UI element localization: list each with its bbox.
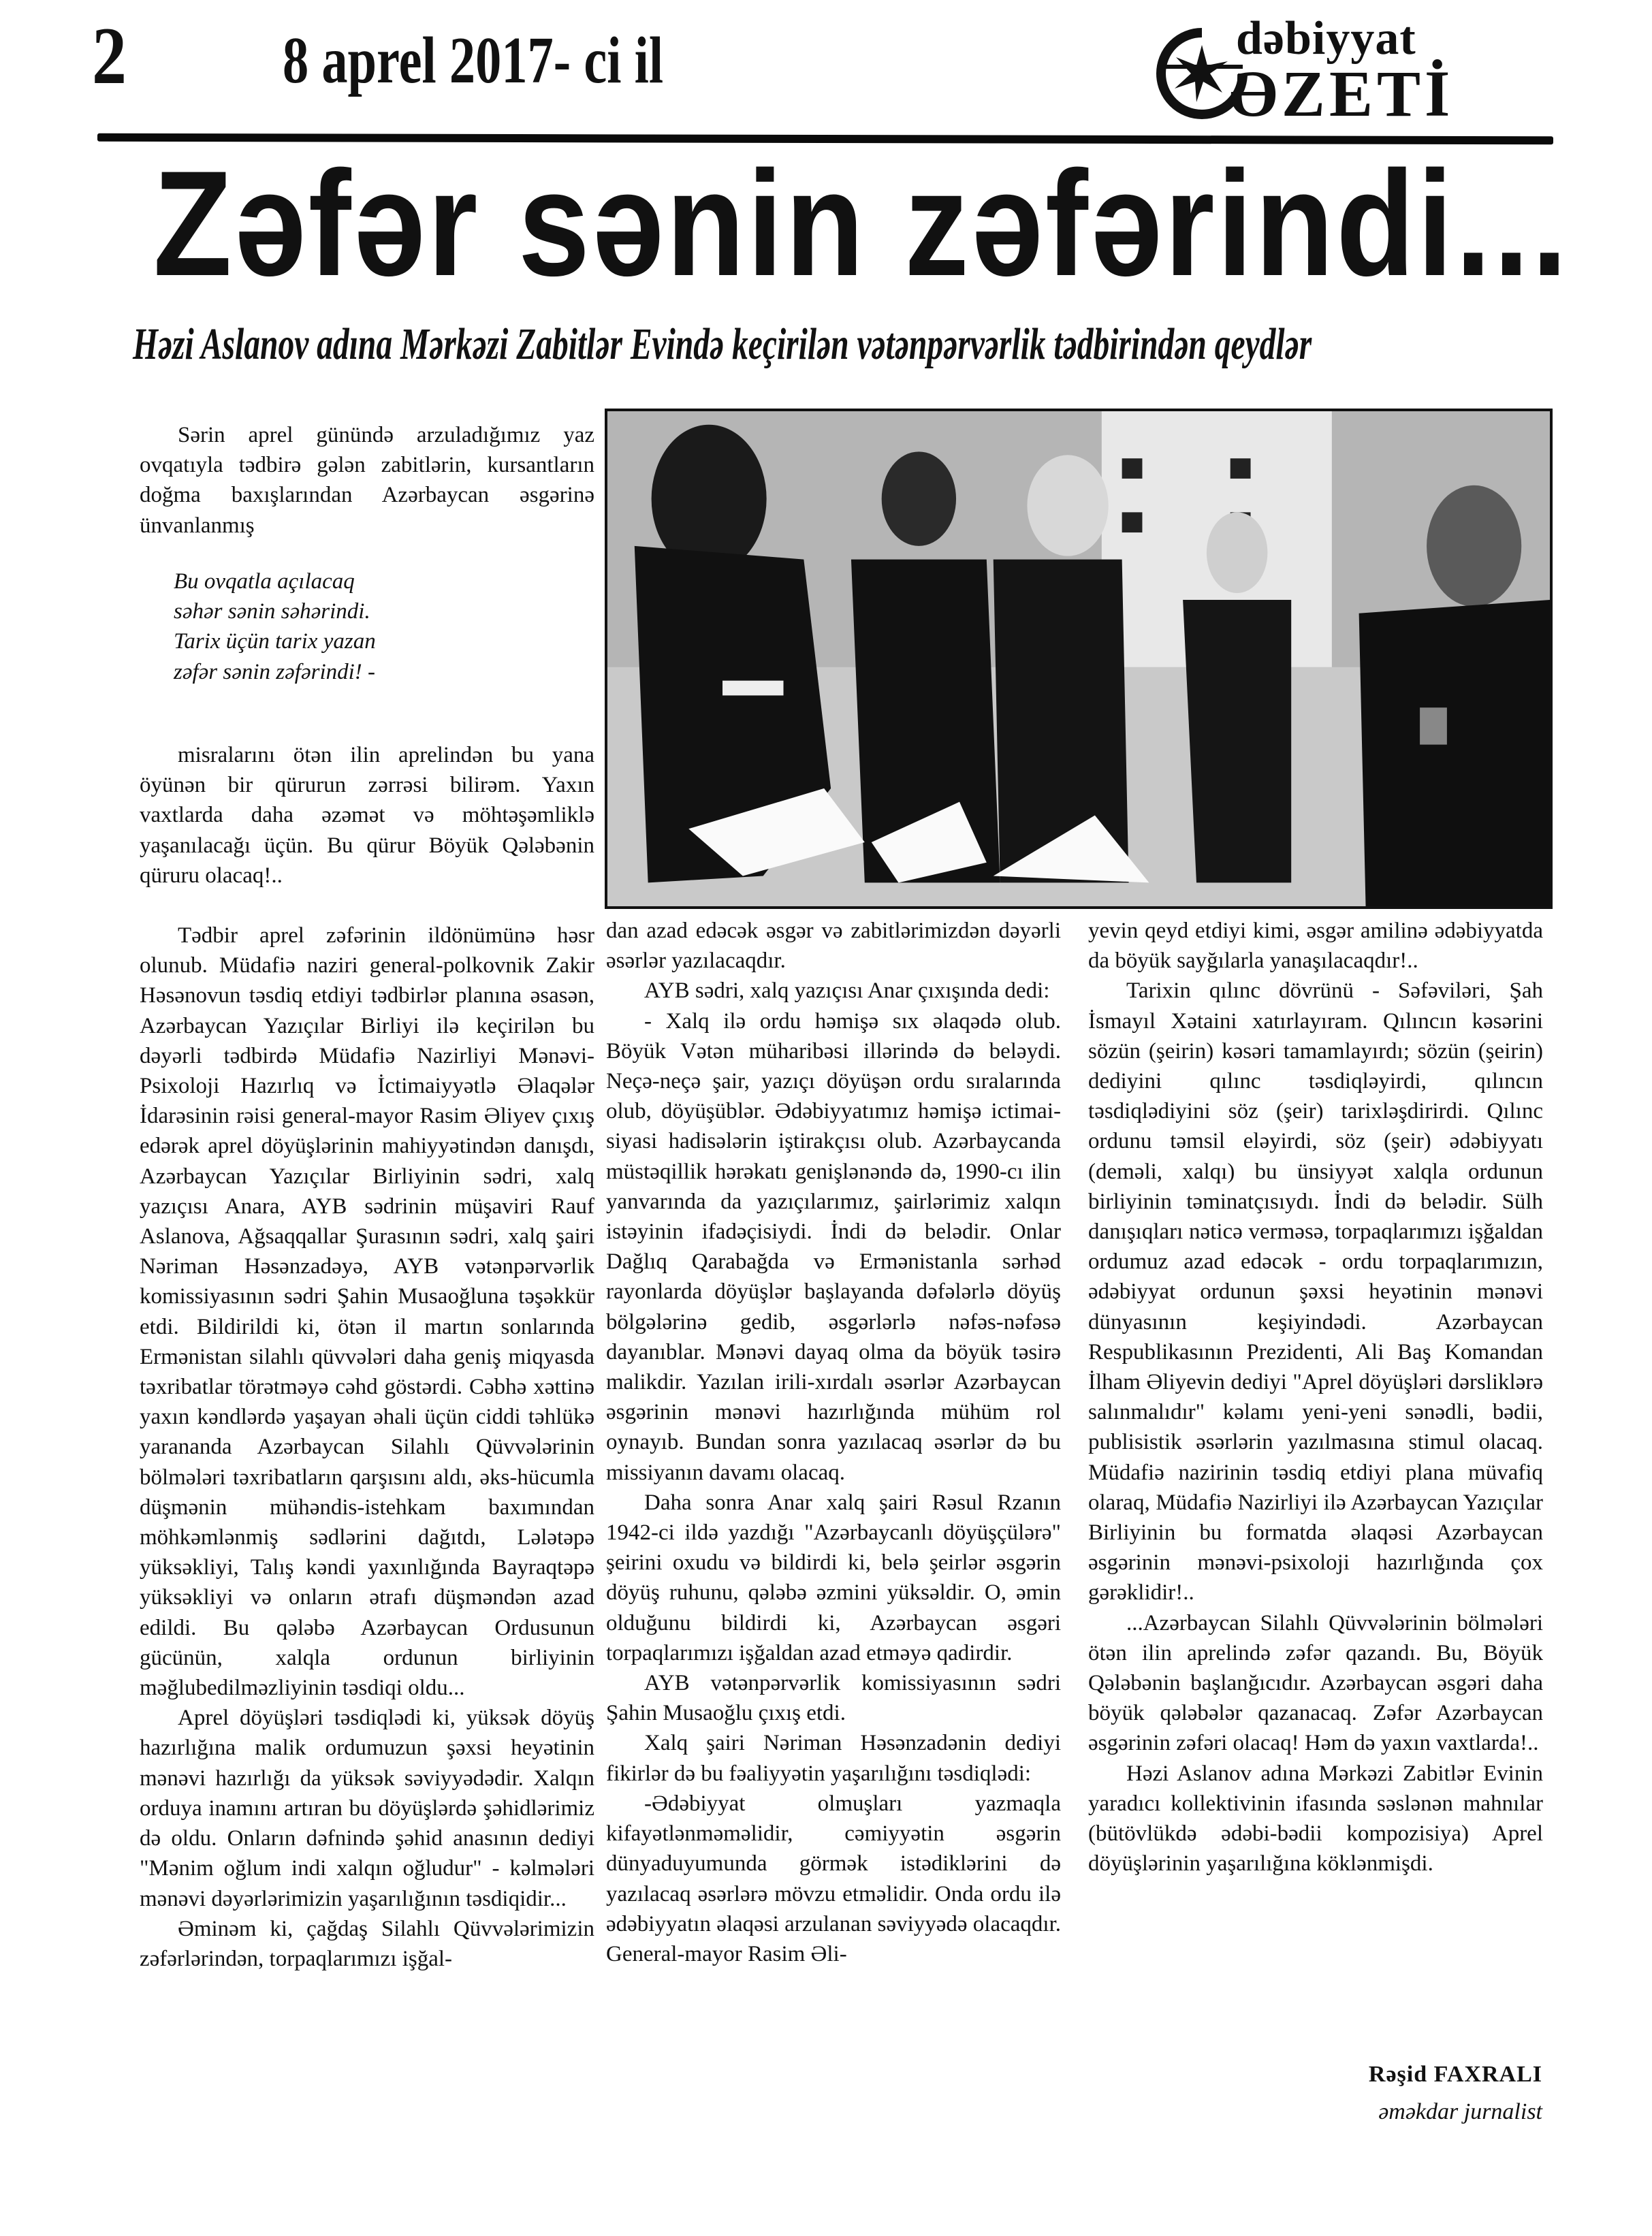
paragraph: Daha sonra Anar xalq şairi Rəsul Rzanın …: [606, 1488, 1061, 1668]
paragraph: Tarixin qılınc dövrünü - Səfəviləri, Şah…: [1088, 976, 1543, 1608]
intro-continued-paragraph: misralarını ötən ilin aprelindən bu yana…: [140, 740, 594, 891]
paragraph: -Ədəbiyyat olmuşları yazmaqla kifayətlən…: [606, 1789, 1061, 1969]
paragraph: AYB vətənpərvərlik komissiyasının sədri …: [606, 1668, 1061, 1728]
photo-image: [607, 411, 1550, 906]
paragraph: Əminəm ki, çağdaş Silahlı Qüvvələrimizin…: [140, 1914, 594, 1974]
masthead-word-qezeti: ƏZETİ: [1229, 61, 1454, 127]
paragraph: Xalq şairi Nəriman Həsənzadənin dediyi f…: [606, 1728, 1061, 1788]
paragraph: yevin qeyd etdiyi kimi, əsgər amilinə əd…: [1088, 916, 1543, 976]
middle-column: dan azad edəcək əsgər və zabitlərimizdən…: [606, 916, 1061, 1969]
left-column: Tədbir aprel zəfərinin ildönümünə həsr o…: [140, 921, 594, 1974]
paragraph: ...Azərbaycan Silahlı Qüvvələrinin bölmə…: [1088, 1608, 1543, 1759]
paragraph: Tədbir aprel zəfərinin ildönümünə həsr o…: [140, 921, 594, 1703]
issue-date: 8 aprel 2017- ci il: [283, 27, 663, 94]
poem-line: Bu ovqatla açılacaq: [174, 566, 514, 596]
paragraph: Aprel döyüşləri təsdiqlədi ki, yüksək dö…: [140, 1703, 594, 1913]
author-title: əməkdar jurnalist: [1294, 2101, 1542, 2124]
intro-text: Sərin aprel günündə arzuladığımız yaz ov…: [140, 420, 594, 541]
page-number: 2: [92, 15, 127, 97]
intro-continued-text: misralarını ötən ilin aprelindən bu yana…: [140, 740, 594, 891]
paragraph: dan azad edəcək əsgər və zabitlərimizdən…: [606, 916, 1061, 976]
poem-line: Tarix üçün tarix yazan: [174, 626, 514, 656]
intro-paragraph: Sərin aprel günündə arzuladığımız yaz ov…: [140, 420, 594, 541]
poem-quote: Bu ovqatla açılacaq səhər sənin səhərind…: [174, 566, 514, 687]
masthead-word-edebiyyat: dəbiyyat: [1236, 15, 1416, 63]
paragraph: Həzi Aslanov adına Mərkəzi Zabitlər Evin…: [1088, 1759, 1543, 1879]
paragraph: AYB sədri, xalq yazıçısı Anar çıxışında …: [606, 976, 1061, 1006]
poem-line: səhər sənin səhərindi.: [174, 596, 514, 626]
poem-line: zəfər sənin zəfərindi! -: [174, 657, 514, 687]
masthead-logo: dəbiyyat ƏZETİ: [1154, 19, 1508, 128]
article-photo: [605, 409, 1553, 909]
right-column: yevin qeyd etdiyi kimi, əsgər amilinə əd…: [1088, 916, 1543, 1879]
article-headline: Zəfər sənin zəfərindi...: [153, 148, 1318, 298]
paragraph: - Xalq ilə ordu həmişə sıx əlaqədə olub.…: [606, 1006, 1061, 1488]
author-name: Rəşid FAXRALI: [1328, 2063, 1542, 2086]
article-subtitle: Həzi Aslanov adına Mərkəzi Zabitlər Evin…: [133, 320, 1153, 370]
